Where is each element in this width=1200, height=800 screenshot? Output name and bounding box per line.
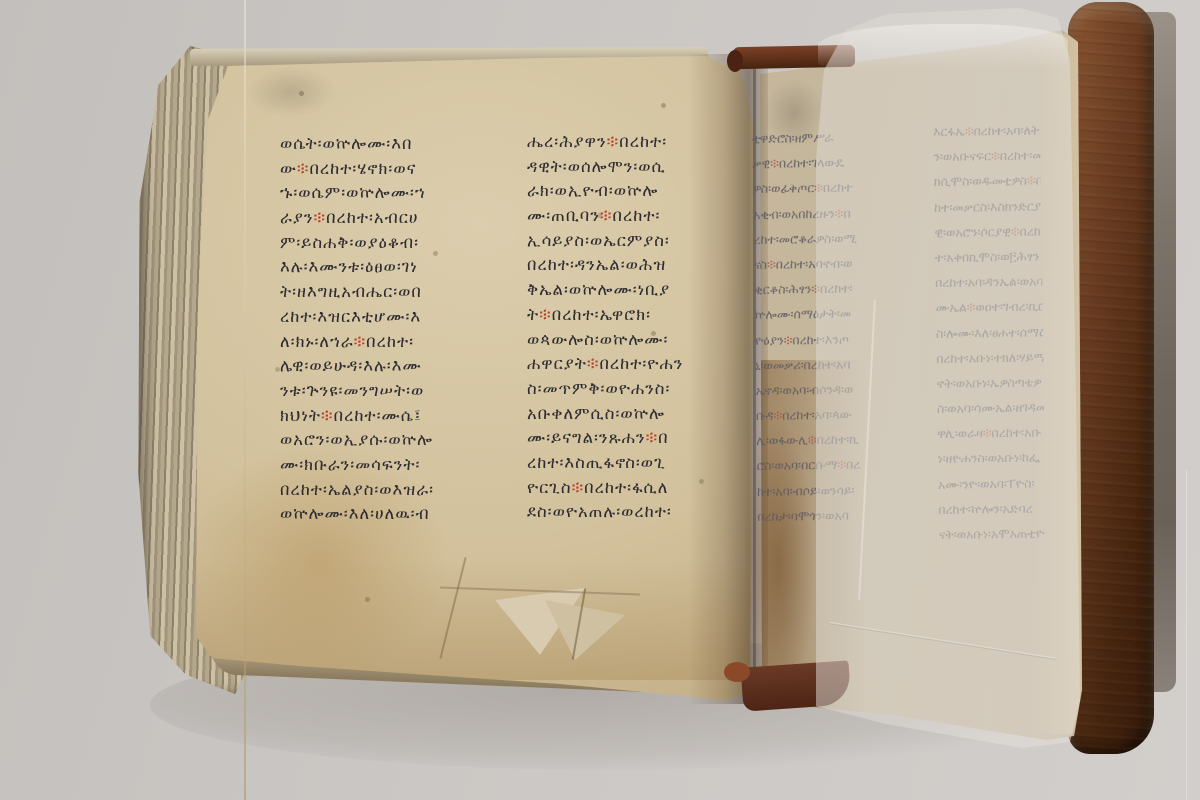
rubric-cross-mark: ፨ [808,432,817,447]
manuscript-text-line: ሙ፡ጠቢባን፨በረከተ፡ [527,206,711,231]
manuscript-text-line: ኒ፡ወመቃሪ፡በረከተ፡አባ [755,355,936,383]
rubric-cross-mark: ፨ [354,332,367,351]
left-page-text-column-a: ወሴት፡ወኵሎሙ፡እበው፨በረከተ፡ሄኖክ፡ወናኁ፡ወሴም፡ወኵሎሙ፡ኀራያን፨… [280,134,506,529]
rubric-cross-mark: ፨ [646,428,659,447]
manuscript-text-line: ደስ፡ወዮአጠሉ፡ወረከተ፡ [527,502,711,527]
rubric-cross-mark: ፨ [965,123,974,138]
rubric-cross-mark: ፨ [607,132,620,151]
photo-open-geez-manuscript: Photograph of an open parchment manuscri… [0,0,1200,800]
rubric-cross-mark: ፨ [1011,224,1020,239]
tissue-top-fold [818,24,1068,68]
foxing-speckles [0,0,3,3]
rubric-cross-mark: ፨ [321,406,334,425]
rubric-cross-mark: ፨ [967,300,976,315]
manuscript-text-line: ዮዕያን፨በረከተ፡እንጦ [755,330,936,358]
manuscript-text-line: አቡቀለምሲስ፡ወኵሎ [527,404,711,429]
manuscript-text-line: ዮርጊስ፨በረከተ፡ፋሲለ [527,478,711,503]
manuscript-text-line: ለ፡ክኑ፡ለኀራ፨በረከተ፡ [280,332,506,357]
manuscript-text-line: ት፨በረከተ፡ኤዋሮክ፡ [527,305,711,330]
manuscript-text-line: ዋሊ፡ወራዛ፨በረከተ፡አቡ [937,425,1044,452]
manuscript-text-line: ሮስ፡ወአባ፡በርሱማ፨በረ [757,456,938,484]
parchment-stain [246,66,336,118]
manuscript-text-line: ሙኤል፨ወዐተ፡ገብረ፡ኪሮ [935,299,1042,326]
display-mount-wire [1186,470,1187,800]
manuscript-text-line: ኖት፡ወአቡነ፡ኤዎስጣቴዎ [937,374,1044,401]
manuscript-text-line: ስ፡ሎሙ፡እለ፡ፀሐተ፡ሰማዕ [936,324,1043,351]
manuscript-text-line: ወሴት፡ወኵሎሙ፡እበ [280,134,506,159]
manuscript-text-line: ናት፡ወአቡነ፡አሞአጠቲዮ [939,525,1046,552]
manuscript-text-line: ራክ፡ወኢዮብ፡ወኵሎ [527,181,711,206]
manuscript-text-line: ክሲሞስ፡ወዱመቲዎስ፨በረ [934,173,1041,200]
manuscript-text-line: በረከተ፡አቡነ፡ተክለ፡ሃይማ [936,349,1043,376]
display-mount-wire [244,0,246,800]
rubric-cross-mark: ፨ [835,205,844,220]
rubric-cross-mark: ፨ [297,159,310,178]
right-page-text-column-b: እርፋኤ፨በረከተ፡አባ፡ለትጼን፡ወአቡናፍር፨በረከተ፡መክሲሞስ፡ወዱመቲ… [933,123,1046,553]
manuscript-text-line: ወኵሎሙ፡እለ፡ሀለዉ፡ብ [280,504,506,529]
rubric-cross-mark: ፨ [983,425,992,440]
manuscript-text-line: ወጳውሎስ፡ወኵሎሙ፡ [527,330,711,355]
rubric-cross-mark: ፨ [773,408,782,423]
manuscript-text-line: ስ፡ወአባ፡ሳሙኤል፡ዘገዳመ [937,400,1044,427]
manuscript-text-line: ረከተ፡መሮቆራዎስ፡ወሚ [753,229,934,257]
rubric-cross-mark: ፨ [572,478,585,497]
manuscript-text-line: ተ፡አቅበኪሞስ፡ወ፫ሕፃን [935,248,1042,275]
rubric-cross-mark: ፨ [837,457,846,472]
manuscript-text-line: አሙ፡ንዮ፡ወአባ፡ፐዮስ፡ [938,475,1045,502]
rubric-cross-mark: ፨ [314,208,327,227]
manuscript-text-line: ወአሮን፡ወኢያሱ፡ወኵሎ [280,430,506,455]
manuscript-text-line: እርፋኤ፨በረከተ፡አባ፡ለትጼ [933,123,1040,150]
manuscript-text-line: ረከተ፡እዝርእቲሆሙ፡እ [280,307,506,332]
right-page-text-column-a: ቲዋድሮስ፡ዘምሥራቃዊ፨በረከተ፡ገላውዴዎስ፡ወፊቅጦር፨በረከተአቂብ፡ወ… [752,128,939,533]
manuscript-text-line: ቂርቆስ፡ሕፃን፨በረከተ፡ [754,280,935,308]
manuscript-text-line: በረከተ፡ዳንኤል፡ወሕዝ [527,255,711,280]
manuscript-text-line: ት፡ዘእግዚአብሔር፡ወበ [280,282,506,307]
manuscript-text-line: ቃዊ፨በረከተ፡ገላውዴ [752,154,933,182]
rubric-cross-mark: ፨ [814,180,823,195]
manuscript-text-line: ነ፡ዘዮሐንስ፡ወአቡነ፡ከፌ [938,450,1045,477]
manuscript-text-line: እሉ፡እሙንቱ፡ዕፀወ፡ገነ [280,257,506,282]
manuscript-text-line: በረከታ፡ባሞጎን፡ወአባ [757,506,938,534]
manuscript-text-line: ሙ፡ክቡራን፡መሳፍንት፡ [280,455,506,480]
spine-tail-leather-nub [724,662,750,682]
rubric-cross-mark: ፨ [539,305,552,324]
manuscript-text-line: ራያን፨በረከተ፡አብርሀ [280,208,506,233]
manuscript-text-line: ኤኖዳ፡ወአባ፡ብሶንዳ፡ወ [756,380,937,408]
rubric-cross-mark: ፨ [784,332,793,347]
manuscript-text-line: ክህነት፨በረከተ፡ሙሴ፤ [280,406,506,431]
manuscript-text-line: ው፨በረከተ፡ሄኖክ፡ወና [280,159,506,184]
manuscript-text-line: ንቱ፡ጕንዩ፡መንግሠት፡ወ [280,381,506,406]
manuscript-text-line: ሔረ፡ሕያዋን፨በረከተ፡ [527,132,711,157]
manuscript-text-line: ዳዊት፡ወሰሎሞን፡ወሲ [527,157,711,182]
manuscript-text-line: ኁ፡ወሴም፡ወኵሎሙ፡ኀ [280,183,506,208]
manuscript-text-line: ሙ፡ይናግል፡ንጹሐን፨በ [527,428,711,453]
manuscript-text-line: ቲዋድሮስ፡ዘምሥራ [752,128,933,156]
manuscript-text-line: በረከተ፡ኤልያስ፡ወእዝራ፡ [280,480,506,505]
manuscript-text-line: ዊ፡ወአሮን፡ሶርያዊ፨በረከ [934,223,1041,250]
manuscript-text-line: ስ፡መጥምቅ፡ወዮሐንስ፡ [527,379,711,404]
manuscript-text-line: ም፡ይስሐቅ፡ወያዕቆብ፡ [280,233,506,258]
manuscript-text-line: ን፡ወአቡናፍር፨በረከተ፡መ [933,148,1040,175]
manuscript-text-line: ቡዳ፨በረከተ፡አባ፡ጳው [756,406,937,434]
manuscript-text-line: አቂብ፡ወአበከረዙን፨በ [753,204,934,232]
rubric-cross-mark: ፨ [1027,173,1036,188]
manuscript-text-line: ከተ፡አባ፡ብሶይ፡ወንሳይ፡ [757,481,938,509]
rubric-cross-mark: ፨ [991,148,1000,163]
rubric-cross-mark: ፨ [770,156,779,171]
manuscript-text-line: ሊ፡ወፋውሊ፨በረከተ፡ኪ [756,431,937,459]
manuscript-text-line: ከተ፡መቃርስ፡እስክንድርያ [934,198,1041,225]
spine-leather-nub [727,50,743,72]
left-page-text-column-b: ሔረ፡ሕያዋን፨በረከተ፡ዳዊት፡ወሰሎሞን፡ወሲራክ፡ወኢዮብ፡ወኵሎሙ፡ጠቢ… [527,132,711,527]
manuscript-text-line: ሐዋርያት፨በረከተ፡ዮሐን [527,354,711,379]
rubric-cross-mark: ፨ [767,257,776,272]
rubric-cross-mark: ፨ [811,281,820,296]
manuscript-text-line: ዎስ፡ወፊቅጦር፨በረከተ [753,179,934,207]
parchment-stain [196,560,756,680]
manuscript-text-line: ኢሳይያስ፡ወኤርምያስ፡ [527,231,711,256]
manuscript-text-line: በረከተ፡አባ፡ዳንኤል፡ወአባ [935,274,1042,301]
manuscript-text-line: ኵሎሙ፡ሰማዕታት፡መ [754,305,935,333]
rubric-cross-mark: ፨ [600,206,613,225]
manuscript-text-line: ቅኤል፡ወኵሎሙ፡ነቢያ [527,280,711,305]
manuscript-text-line: ሌዊ፡ወይሁዳ፡እሉ፡እሙ [280,356,506,381]
rubric-cross-mark: ፨ [587,354,600,373]
manuscript-text-line: በረከተ፡ኵሎን፡አድባረ [938,500,1045,527]
manuscript-text-line: ረከተ፡እስጢፋኖስ፡ወጊ [527,453,711,478]
manuscript-text-line: ናስ፨በረከተ፡አባኖብ፡ወ [754,254,935,282]
